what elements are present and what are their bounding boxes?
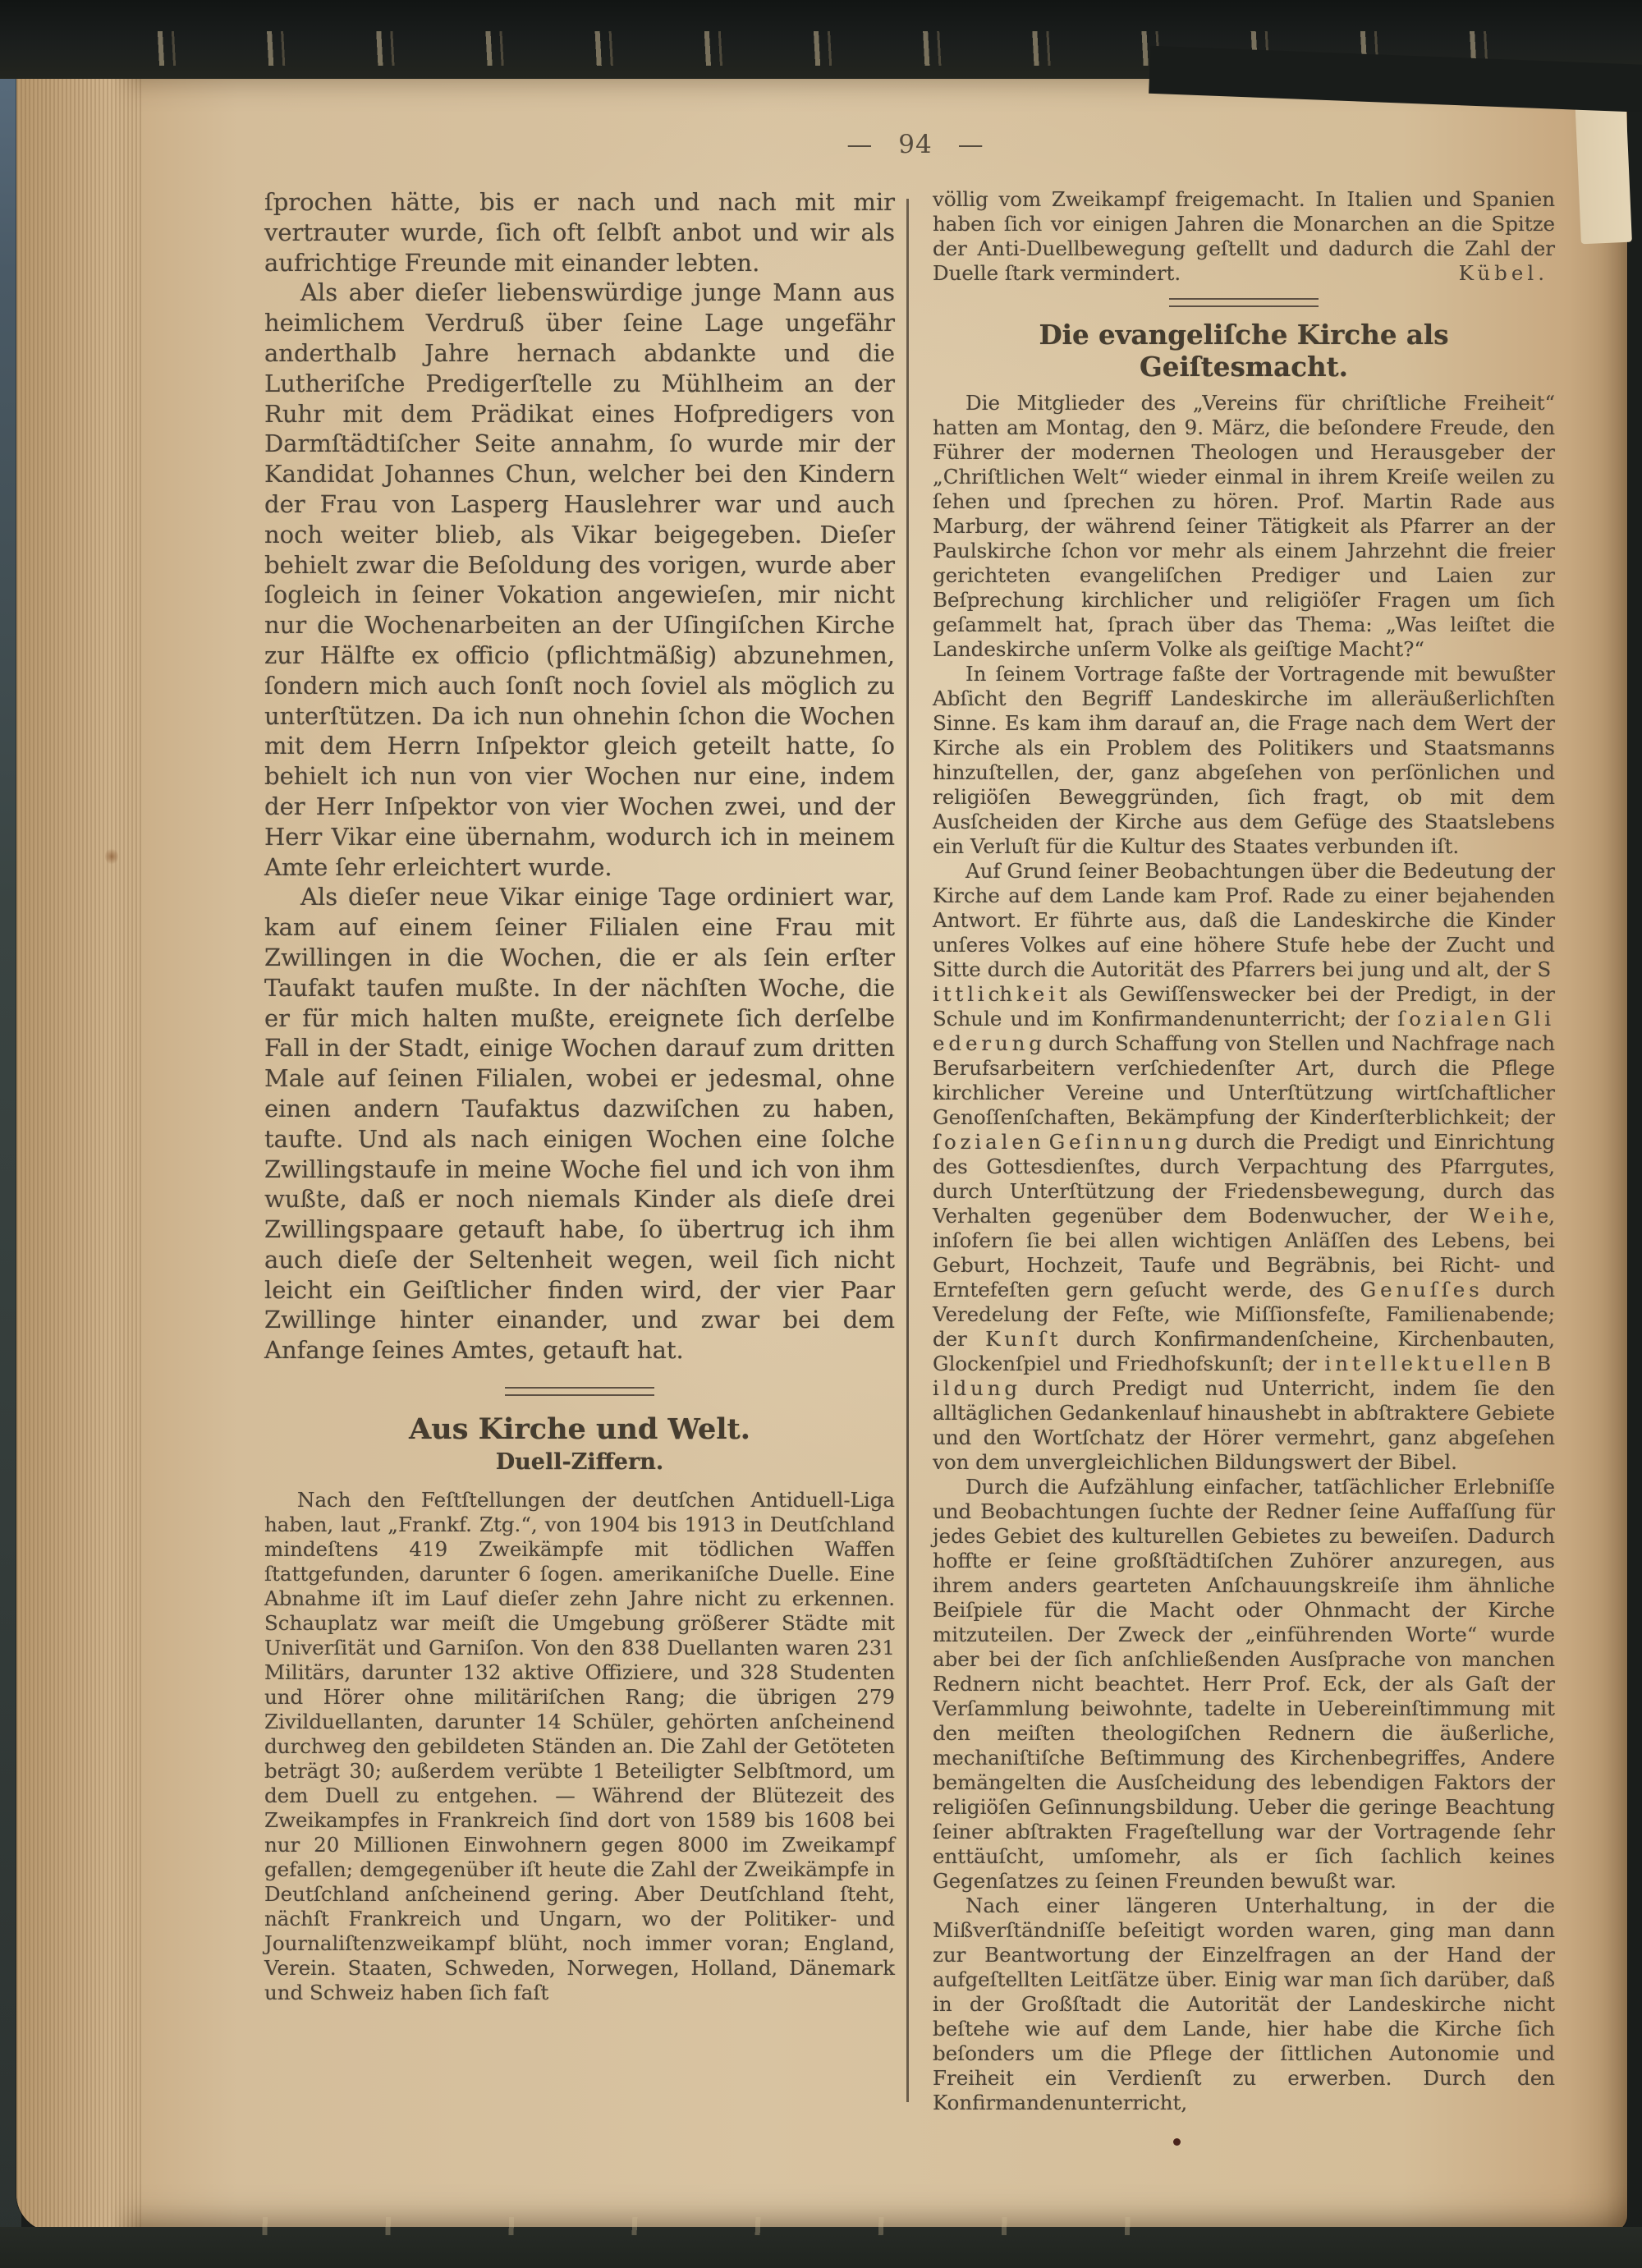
page-number: — 94 — — [271, 130, 1560, 159]
page-scan: — 94 — ſprochen hätte, bis er nach und n… — [0, 0, 1642, 2268]
page-fore-edge — [16, 71, 141, 2232]
paragraph: In ſeinem Vortrage faßte der Vortragende… — [933, 662, 1555, 859]
paragraph: Nach einer längeren Unterhaltung, in der… — [933, 1894, 1555, 2115]
cover-bottom-speckles — [213, 2217, 1231, 2235]
section-subtitle: Duell-Ziffern. — [264, 1449, 895, 1475]
paragraph: Durch die Aufzählung einfacher, tatſächl… — [933, 1475, 1555, 1894]
paragraph: Als dieſer neue Vikar einige Tage ordini… — [264, 882, 895, 1366]
article-title: Die evangeliſche Kirche als Geiſtesmacht… — [933, 319, 1555, 383]
paragraph: Nach den Feſtſtellungen der deutſchen An… — [264, 1488, 895, 2005]
right-column: völlig vom Zweikampf freigemacht. In Ita… — [933, 187, 1555, 2115]
paragraph: Als aber dieſer liebenswürdige junge Man… — [264, 278, 895, 882]
section-body: Nach den Feſtſtellungen der deutſchen An… — [264, 1488, 895, 2005]
section-divider-rule — [505, 1387, 654, 1396]
section-title: Aus Kirche und Welt. — [264, 1412, 895, 1446]
paper-smudge — [105, 847, 118, 865]
ink-spot — [1173, 2138, 1181, 2146]
left-column: ſprochen hätte, bis er nach und nach mit… — [264, 187, 895, 2005]
next-leaf-edge — [1575, 94, 1632, 245]
paragraph: ſprochen hätte, bis er nach und nach mit… — [264, 187, 895, 278]
article-divider-rule — [1169, 298, 1319, 307]
paragraph: Auf Grund ſeiner Beobachtungen über die … — [933, 859, 1555, 1475]
paragraph: Die Mitglieder des „Vereins für chriſtli… — [933, 391, 1555, 662]
column-divider-rule — [906, 199, 909, 2102]
